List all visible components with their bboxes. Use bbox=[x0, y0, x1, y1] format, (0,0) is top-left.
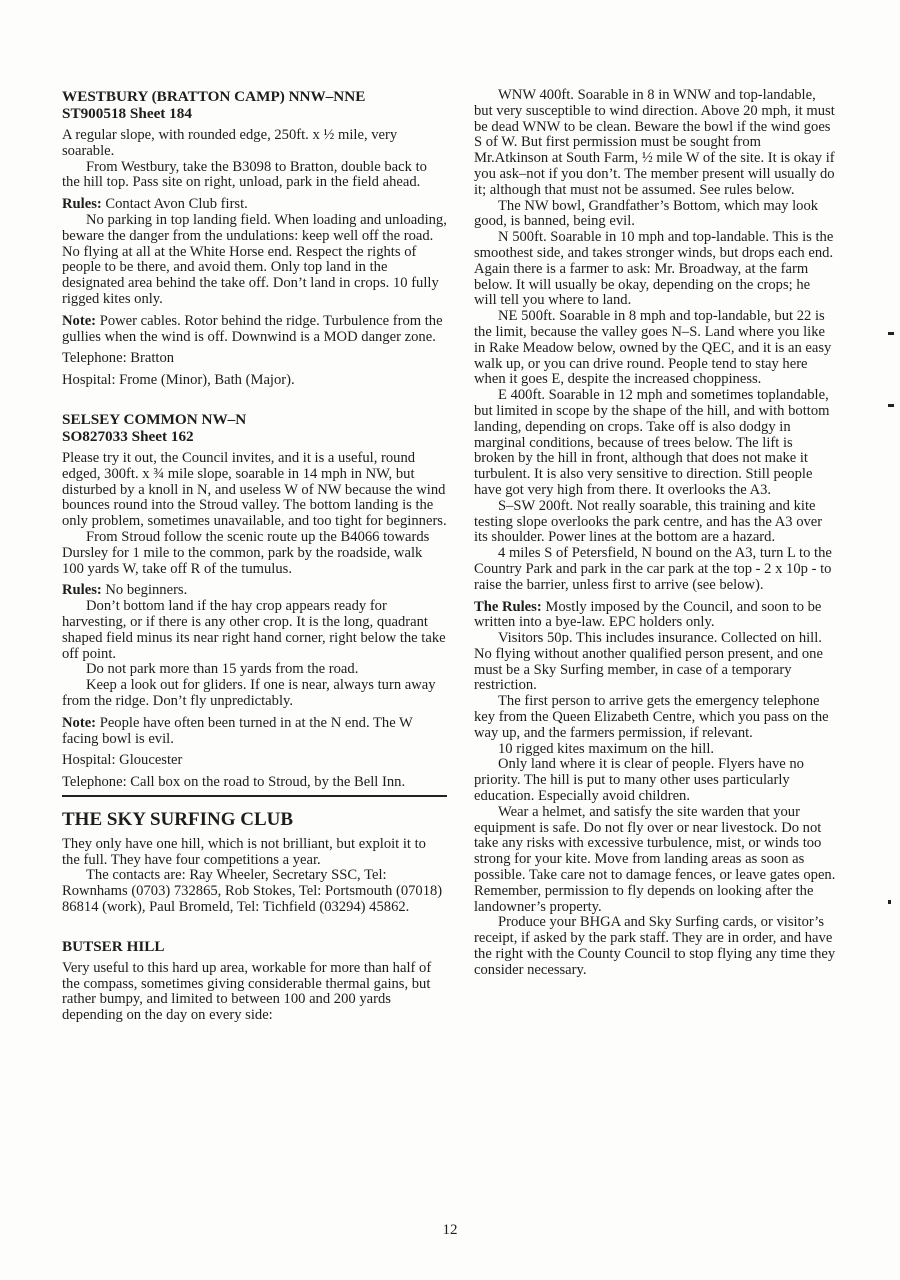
left-column: WESTBURY (BRATTON CAMP) NNW–NNE ST900518… bbox=[62, 88, 447, 1024]
westbury-note: Note: Power cables. Rotor behind the rid… bbox=[62, 314, 447, 346]
butser-heading: BUTSER HILL bbox=[62, 938, 447, 955]
note-text: People have often been turned in at the … bbox=[62, 715, 413, 747]
page-number: 12 bbox=[0, 1222, 900, 1239]
butser-helmet: Wear a helmet, and satisfy the site ward… bbox=[474, 805, 836, 916]
right-column: WNW 400ft. Soarable in 8 in WNW and top-… bbox=[474, 88, 836, 979]
note-label: Note: bbox=[62, 313, 96, 329]
selsey-telephone: Telephone: Call box on the road to Strou… bbox=[62, 775, 447, 791]
selsey-note: Note: People have often been turned in a… bbox=[62, 716, 447, 748]
butser-wnw: WNW 400ft. Soarable in 8 in WNW and top-… bbox=[474, 88, 836, 199]
westbury-directions: From Westbury, take the B3098 to Bratton… bbox=[62, 160, 447, 192]
club-section: THE SKY SURFING CLUB They only have one … bbox=[62, 809, 447, 916]
butser-nw-bowl: The NW bowl, Grandfather’s Bottom, which… bbox=[474, 199, 836, 231]
margin-mark bbox=[888, 332, 894, 335]
butser-directions: 4 miles S of Petersfield, N bound on the… bbox=[474, 546, 836, 593]
rules-text: No beginners. bbox=[105, 582, 187, 598]
butser-cards: Produce your BHGA and Sky Surfing cards,… bbox=[474, 915, 836, 978]
selsey-grid-ref: SO827033 Sheet 162 bbox=[62, 428, 447, 445]
selsey-description: Please try it out, the Council invites, … bbox=[62, 451, 447, 530]
margin-mark bbox=[888, 900, 891, 904]
rules-text: Contact Avon Club first. bbox=[105, 196, 247, 212]
westbury-section: WESTBURY (BRATTON CAMP) NNW–NNE ST900518… bbox=[62, 88, 447, 389]
selsey-heading: SELSEY COMMON NW–N bbox=[62, 411, 447, 428]
butser-e: E 400ft. Soarable in 12 mph and sometime… bbox=[474, 388, 836, 499]
westbury-rules: Rules: Contact Avon Club first. bbox=[62, 197, 447, 213]
westbury-hospital: Hospital: Frome (Minor), Bath (Major). bbox=[62, 373, 447, 389]
butser-rules: The Rules: Mostly imposed by the Council… bbox=[474, 600, 836, 632]
westbury-description: A regular slope, with rounded edge, 250f… bbox=[62, 128, 447, 160]
selsey-rules: Rules: No beginners. bbox=[62, 583, 447, 599]
rules-label: Rules: bbox=[62, 582, 102, 598]
butser-section: BUTSER HILL Very useful to this hard up … bbox=[62, 938, 447, 1024]
selsey-section: SELSEY COMMON NW–N SO827033 Sheet 162 Pl… bbox=[62, 411, 447, 791]
butser-first-person: The first person to arrive gets the emer… bbox=[474, 694, 836, 741]
rules-label: Rules: bbox=[62, 196, 102, 212]
westbury-telephone: Telephone: Bratton bbox=[62, 351, 447, 367]
butser-land-clear: Only land where it is clear of people. F… bbox=[474, 757, 836, 804]
club-intro: They only have one hill, which is not br… bbox=[62, 837, 447, 869]
butser-n: N 500ft. Soarable in 10 mph and top-land… bbox=[474, 230, 836, 309]
selsey-rules-detail-3: Keep a look out for gliders. If one is n… bbox=[62, 678, 447, 710]
club-contacts: The contacts are: Ray Wheeler, Secretary… bbox=[62, 868, 447, 915]
club-heading: THE SKY SURFING CLUB bbox=[62, 809, 447, 831]
westbury-grid-ref: ST900518 Sheet 184 bbox=[62, 105, 447, 122]
section-divider bbox=[62, 795, 447, 797]
butser-visitors: Visitors 50p. This includes insurance. C… bbox=[474, 631, 836, 694]
butser-ne: NE 500ft. Soarable in 8 mph and top-land… bbox=[474, 309, 836, 388]
butser-max-kites: 10 rigged kites maximum on the hill. bbox=[474, 742, 836, 758]
note-label: Note: bbox=[62, 715, 96, 731]
note-text: Power cables. Rotor behind the ridge. Tu… bbox=[62, 313, 443, 345]
margin-mark bbox=[888, 404, 894, 407]
rules-label: The Rules: bbox=[474, 599, 542, 615]
butser-s-sw: S–SW 200ft. Not really soarable, this tr… bbox=[474, 499, 836, 546]
westbury-heading: WESTBURY (BRATTON CAMP) NNW–NNE bbox=[62, 88, 447, 105]
selsey-hospital: Hospital: Gloucester bbox=[62, 753, 447, 769]
butser-description: Very useful to this hard up area, workab… bbox=[62, 961, 447, 1024]
selsey-directions: From Stroud follow the scenic route up t… bbox=[62, 530, 447, 577]
selsey-rules-detail-1: Don’t bottom land if the hay crop appear… bbox=[62, 599, 447, 662]
selsey-rules-detail-2: Do not park more than 15 yards from the … bbox=[62, 662, 447, 678]
westbury-rules-detail: No parking in top landing field. When lo… bbox=[62, 213, 447, 308]
